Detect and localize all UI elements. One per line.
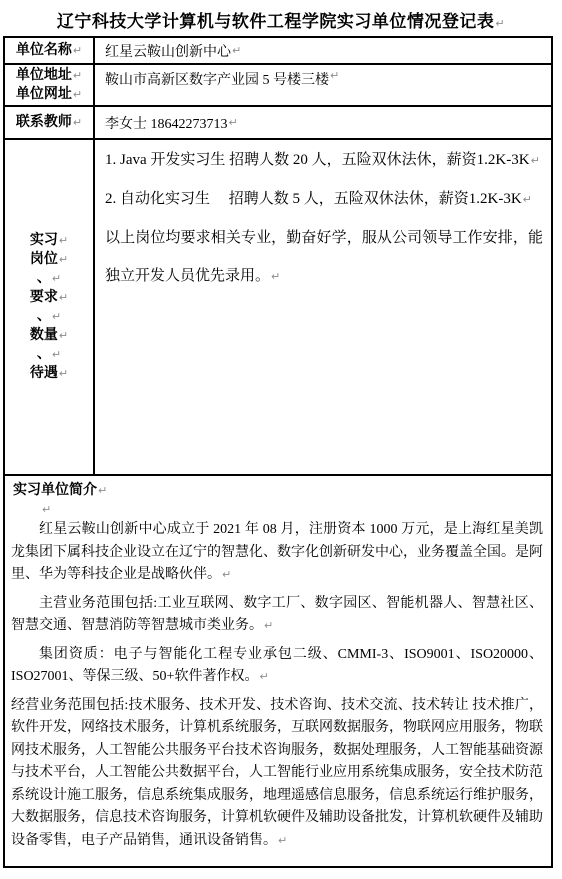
paragraph-mark-icon: ↵ [59, 329, 68, 342]
contact-teacher-text: 李女士 18642273713 [105, 113, 228, 133]
paragraph-mark-icon: ↵ [52, 310, 61, 323]
paragraph-mark-icon: ↵ [59, 253, 68, 266]
label-line-text: 、 [37, 271, 51, 286]
label-line: 单位网址↵ [16, 85, 82, 104]
paragraph-mark-icon: ↵ [59, 367, 68, 380]
label-line: 岗位↵ [30, 250, 68, 269]
contact-teacher-value: 李女士 18642273713↵ [95, 107, 551, 138]
paragraph-mark-icon: ↵ [98, 484, 107, 497]
paragraph-mark-icon: ↵ [495, 17, 505, 30]
table-row-positions: 实习↵岗位↵、↵要求↵、↵数量↵、↵待遇↵ 1. Java 开发实习生 招聘人数… [5, 138, 551, 474]
intro-paragraph-text: 集团资质：电子与智能化工程专业承包二级、CMMI-3、ISO9001、ISO20… [11, 647, 543, 685]
label-line-text: 单位名称 [16, 43, 72, 58]
paragraph-mark-icon: ↵ [264, 619, 273, 632]
job-paragraph: 2. 自动化实习生 招聘人数 5 人，五险双休法休，薪资1.2K-3K↵ [105, 180, 543, 219]
intro-paragraph-text: 经营业务范围包括:技术服务、技术开发、技术咨询、技术交流、技术转让 技术推广，软… [11, 698, 543, 848]
label-line-text: 联系教师 [16, 115, 72, 130]
job-paragraph-text: 2. 自动化实习生 招聘人数 5 人，五险双休法休，薪资1.2K-3K [105, 191, 522, 207]
intro-paragraph-text: 红星云鞍山创新中心成立于 2021 年 08 月，注册资本 1000 万元，是上… [11, 522, 543, 582]
paragraph-mark-icon: ↵ [259, 670, 268, 683]
label-line: 待遇↵ [30, 364, 68, 383]
job-paragraph: 以上岗位均要求相关专业，勤奋好学，服从公司领导工作安排，能独立开发人员优先录用。… [105, 219, 543, 296]
company-intro-paragraphs: 红星云鞍山创新中心成立于 2021 年 08 月，注册资本 1000 万元，是上… [11, 519, 543, 852]
table-row-unit-address: 单位地址↵单位网址↵ 鞍山市高新区数字产业园 5 号楼三楼↵ [5, 63, 551, 105]
page-title: 辽宁科技大学计算机与软件工程学院实习单位情况登记表↵ [0, 0, 562, 33]
paragraph-mark-icon: ↵ [59, 234, 68, 247]
label-line: 数量↵ [30, 326, 68, 345]
intro-paragraph-text: 主营业务范围包括:工业互联网、数字工厂、数字园区、智能机器人、智慧社区、智慧交通… [11, 596, 543, 634]
label-line-text: 数量 [30, 328, 58, 343]
company-intro-heading: 实习单位简介↵ [13, 481, 543, 501]
paragraph-mark-icon: ↵ [232, 44, 241, 57]
label-line: 要求↵ [30, 288, 68, 307]
job-paragraph-text: 1. Java 开发实习生 招聘人数 20 人，五险双休法休，薪资1.2K-3K [105, 152, 530, 168]
contact-teacher-label: 联系教师↵ [5, 107, 95, 138]
label-line-text: 、 [37, 309, 51, 324]
paragraph-mark-icon: ↵ [531, 154, 540, 167]
unit-name-label: 单位名称↵ [5, 38, 95, 63]
label-line-text: 要求 [30, 290, 58, 305]
paragraph-mark-icon: ↵ [52, 272, 61, 285]
company-intro-heading-text: 实习单位简介 [13, 483, 97, 498]
paragraph-mark-icon: ↵ [52, 348, 61, 361]
label-line-text: 、 [37, 347, 51, 362]
label-line-text: 实习 [30, 233, 58, 248]
paragraph-mark-icon: ↵ [278, 834, 287, 847]
intro-paragraph: 经营业务范围包括:技术服务、技术开发、技术咨询、技术交流、技术转让 技术推广，软… [11, 695, 543, 853]
label-line: 、↵ [37, 269, 61, 288]
paragraph-mark-icon: ↵ [271, 270, 280, 283]
label-line: 联系教师↵ [16, 113, 82, 132]
page-title-text: 辽宁科技大学计算机与软件工程学院实习单位情况登记表 [57, 12, 495, 31]
unit-address-value: 鞍山市高新区数字产业园 5 号楼三楼↵ [95, 65, 551, 105]
label-line-text: 岗位 [30, 252, 58, 267]
paragraph-mark-icon: ↵ [330, 69, 339, 82]
paragraph-mark-icon: ↵ [59, 291, 68, 304]
unit-name-text: 红星云鞍山创新中心 [105, 41, 231, 61]
label-line: 实习↵ [30, 231, 68, 250]
table-row-company-intro: 实习单位简介↵ ↵ 红星云鞍山创新中心成立于 2021 年 08 月，注册资本 … [5, 474, 551, 858]
positions-label: 实习↵岗位↵、↵要求↵、↵数量↵、↵待遇↵ [5, 140, 95, 474]
unit-name-value: 红星云鞍山创新中心↵ [95, 38, 551, 63]
job-paragraph: 1. Java 开发实习生 招聘人数 20 人，五险双休法休，薪资1.2K-3K… [105, 141, 543, 180]
intro-paragraph: 红星云鞍山创新中心成立于 2021 年 08 月，注册资本 1000 万元，是上… [11, 519, 543, 587]
paragraph-mark-icon: ↵ [42, 503, 51, 516]
unit-address-label: 单位地址↵单位网址↵ [5, 65, 95, 105]
unit-address-text: 鞍山市高新区数字产业园 5 号楼三楼 [105, 69, 329, 89]
paragraph-mark-icon: ↵ [222, 568, 231, 581]
company-intro-cell: 实习单位简介↵ ↵ 红星云鞍山创新中心成立于 2021 年 08 月，注册资本 … [5, 476, 551, 858]
empty-line: ↵ [41, 501, 543, 519]
label-line-text: 单位地址 [16, 68, 72, 83]
document-page: 辽宁科技大学计算机与软件工程学院实习单位情况登记表↵ 单位名称↵ 红星云鞍山创新… [0, 0, 562, 879]
table-row-contact-teacher: 联系教师↵ 李女士 18642273713↵ [5, 105, 551, 138]
label-line-text: 待遇 [30, 366, 58, 381]
positions-value: 1. Java 开发实习生 招聘人数 20 人，五险双休法休，薪资1.2K-3K… [95, 140, 551, 474]
paragraph-mark-icon: ↵ [73, 88, 82, 101]
table-row-unit-name: 单位名称↵ 红星云鞍山创新中心↵ [5, 38, 551, 63]
label-line: 单位地址↵ [16, 66, 82, 85]
paragraph-mark-icon: ↵ [523, 193, 532, 206]
label-line: 、↵ [37, 345, 61, 364]
paragraph-mark-icon: ↵ [73, 44, 82, 57]
job-paragraph-text: 以上岗位均要求相关专业，勤奋好学，服从公司领导工作安排，能独立开发人员优先录用。 [105, 230, 543, 284]
label-line: 单位名称↵ [16, 41, 82, 60]
registration-table: 单位名称↵ 红星云鞍山创新中心↵ 单位地址↵单位网址↵ 鞍山市高新区数字产业园 … [3, 36, 553, 868]
paragraph-mark-icon: ↵ [73, 116, 82, 129]
intro-paragraph: 集团资质：电子与智能化工程专业承包二级、CMMI-3、ISO9001、ISO20… [11, 644, 543, 689]
paragraph-mark-icon: ↵ [229, 116, 238, 129]
paragraph-mark-icon: ↵ [73, 69, 82, 82]
label-line-text: 单位网址 [16, 87, 72, 102]
intro-paragraph: 主营业务范围包括:工业互联网、数字工厂、数字园区、智能机器人、智慧社区、智慧交通… [11, 593, 543, 638]
label-line: 、↵ [37, 307, 61, 326]
